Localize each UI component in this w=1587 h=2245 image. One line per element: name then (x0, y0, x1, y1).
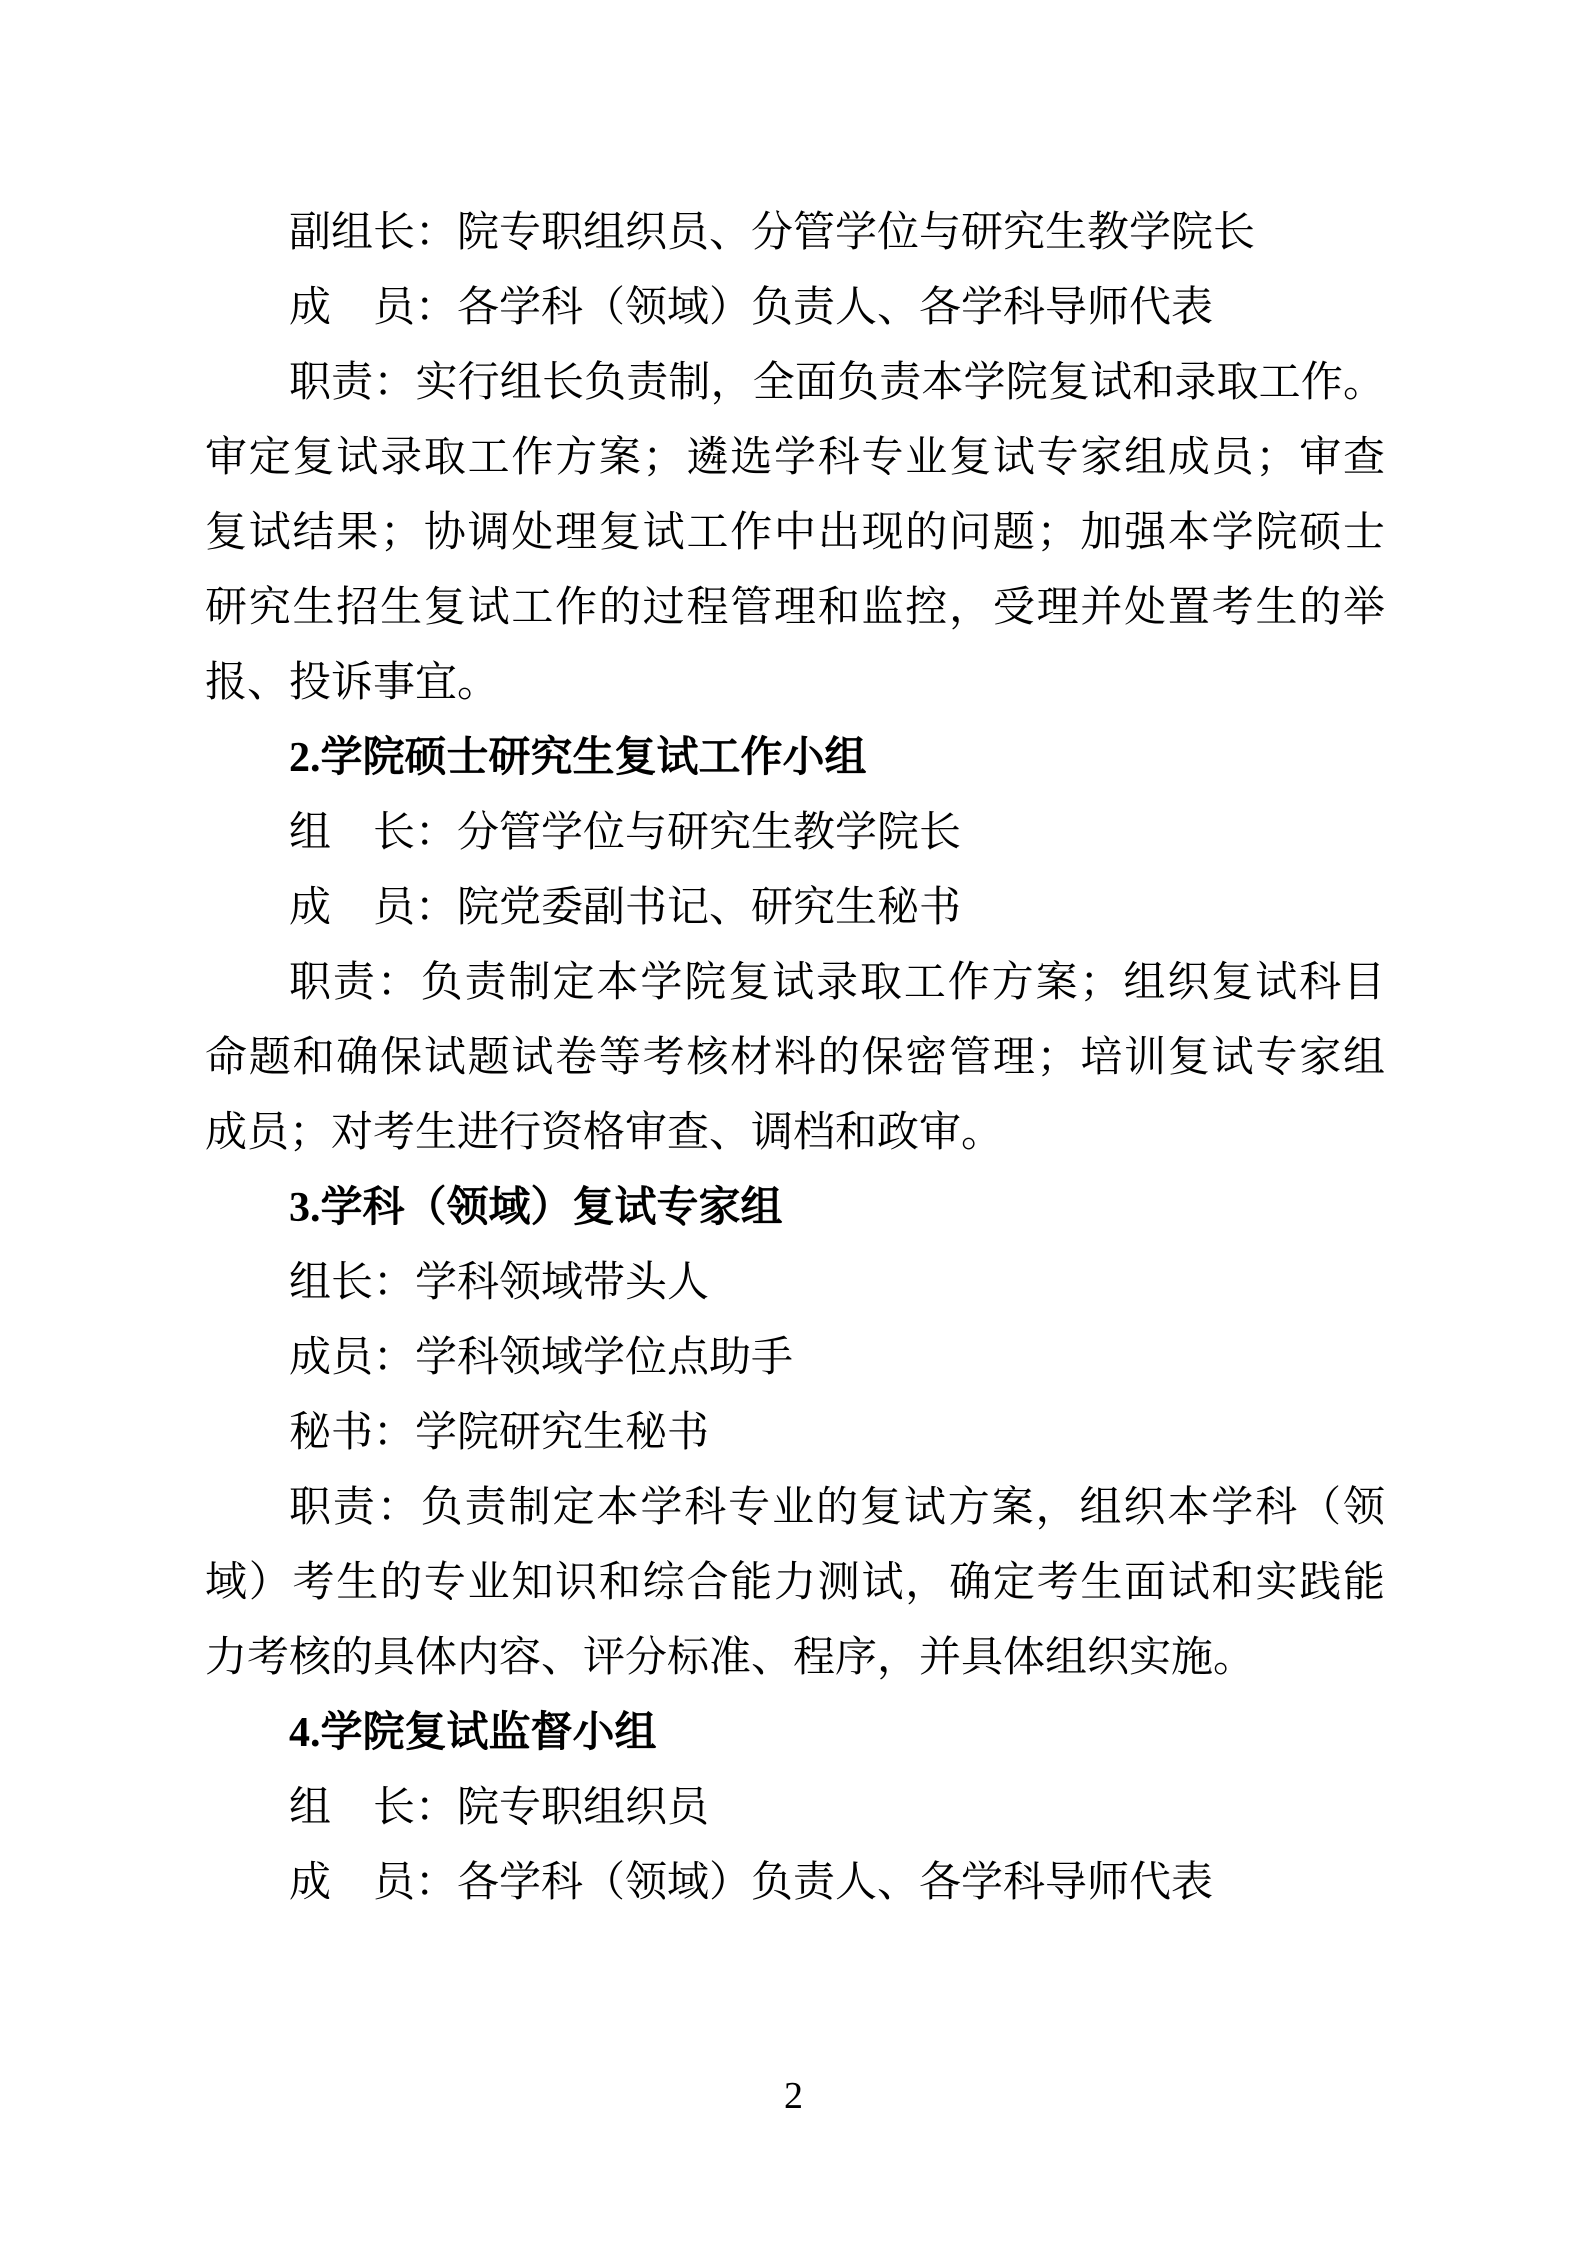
section-heading: 3.学科（领域）复试专家组 (205, 1171, 1385, 1246)
page-number: 2 (0, 2076, 1587, 2116)
section-heading: 4.学院复试监督小组 (205, 1696, 1385, 1771)
text-line: 职责：负责制定本学科专业的复试方案，组织本学科（领 (205, 1471, 1385, 1546)
section-heading: 2.学院硕士研究生复试工作小组 (205, 721, 1385, 796)
text-line: 秘书：学院研究生秘书 (205, 1396, 1385, 1471)
text-line: 组长：学科领域带头人 (205, 1246, 1385, 1321)
text-line: 研究生招生复试工作的过程管理和监控，受理并处置考生的举 (205, 571, 1385, 646)
text-line: 审定复试录取工作方案；遴选学科专业复试专家组成员；审查 (205, 421, 1385, 496)
document-page: 副组长：院专职组织员、分管学位与研究生教学院长成 员：各学科（领域）负责人、各学… (0, 0, 1587, 2245)
text-line: 复试结果；协调处理复试工作中出现的问题；加强本学院硕士 (205, 496, 1385, 571)
text-line: 职责：实行组长负责制，全面负责本学院复试和录取工作。 (205, 346, 1385, 421)
text-line: 成 员：院党委副书记、研究生秘书 (205, 871, 1385, 946)
text-line: 成员；对考生进行资格审查、调档和政审。 (205, 1096, 1385, 1171)
text-line: 职责：负责制定本学院复试录取工作方案；组织复试科目 (205, 946, 1385, 1021)
text-line: 副组长：院专职组织员、分管学位与研究生教学院长 (205, 196, 1385, 271)
text-line: 组 长：分管学位与研究生教学院长 (205, 796, 1385, 871)
text-line: 命题和确保试题试卷等考核材料的保密管理；培训复试专家组 (205, 1021, 1385, 1096)
text-line: 成 员：各学科（领域）负责人、各学科导师代表 (205, 271, 1385, 346)
text-line: 域）考生的专业知识和综合能力测试，确定考生面试和实践能 (205, 1546, 1385, 1621)
text-line: 报、投诉事宜。 (205, 646, 1385, 721)
text-line: 成员：学科领域学位点助手 (205, 1321, 1385, 1396)
text-line: 组 长：院专职组织员 (205, 1771, 1385, 1846)
document-body: 副组长：院专职组织员、分管学位与研究生教学院长成 员：各学科（领域）负责人、各学… (205, 196, 1385, 1921)
text-line: 成 员：各学科（领域）负责人、各学科导师代表 (205, 1846, 1385, 1921)
text-line: 力考核的具体内容、评分标准、程序，并具体组织实施。 (205, 1621, 1385, 1696)
